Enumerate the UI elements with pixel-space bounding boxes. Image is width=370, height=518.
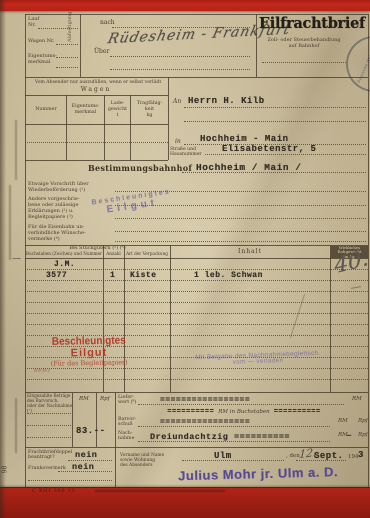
- goods-col-line: [330, 245, 331, 392]
- goods-mark-1: J.M.: [54, 260, 75, 269]
- write-line: [110, 56, 250, 57]
- wagen-nr-label: Wagen Nr.: [28, 39, 54, 45]
- wagon-col-lade-2: gewicht: [105, 107, 130, 113]
- goods-row-line: [25, 313, 368, 314]
- margin-dash: —: [12, 254, 21, 264]
- goods-header-line: [25, 258, 368, 259]
- money-row-line: [27, 425, 71, 426]
- dash-run-left: ==========: [167, 408, 214, 416]
- write-line: [184, 121, 366, 122]
- eilfrachtbrief-scan: 98 Lauf Nr. Wagen Nr. Eigentums- merkmal…: [0, 0, 370, 518]
- lauf-nr-label: Nr.: [28, 23, 36, 29]
- goods-col1-header: Buchstaben (Zeichen) und Nummer: [25, 252, 103, 257]
- year-printed: 194: [348, 454, 359, 460]
- clause1-line2: Wiederbeförderung (¹): [28, 188, 85, 194]
- goods-col2-header: Anzahl: [103, 252, 124, 257]
- wagon-caption: Wagen: [60, 87, 132, 94]
- goods-col-line: [170, 245, 171, 392]
- margin-number: 98: [2, 466, 9, 474]
- consignee-street: Elisabetenstr, 5: [222, 144, 316, 154]
- form-border-bottom: [0, 487, 370, 488]
- nachnahme-dash: —: [347, 432, 352, 440]
- goods-row-line: [25, 291, 368, 292]
- doppel-value: nein: [75, 450, 97, 460]
- customs-label-2: auf Bahnhof: [260, 44, 348, 50]
- year-value: 3: [358, 450, 364, 460]
- scan-edge: [0, 0, 6, 518]
- write-line: [58, 471, 112, 472]
- money-divider: [115, 393, 116, 487]
- goods-bottom: [25, 392, 368, 393]
- print-code: C XIII 300 33: [32, 489, 76, 494]
- consignee-name: Herrn H. Kilb: [188, 96, 265, 106]
- den-label: , den: [286, 453, 300, 459]
- railway-stamp: Deutsche Reichsbahn: [346, 36, 370, 92]
- write-line: [68, 460, 112, 461]
- goods-mark-2: 3577: [46, 271, 67, 280]
- ueber-label: Über: [94, 49, 109, 56]
- print-code-strip: [95, 490, 225, 492]
- write-line: [138, 404, 344, 405]
- railway-stamp-text: Deutsche Reichsbahn: [356, 37, 370, 83]
- dash-run-right: ==========: [274, 408, 321, 416]
- destination-label: Bestimmungsbahnhof: [88, 164, 192, 173]
- rm-in-buchstaben-label: RM in Buchstaben: [218, 409, 269, 415]
- barvorschuss-label-2: schuß: [118, 422, 133, 428]
- nachnahme-amount: 83.--: [76, 426, 106, 436]
- wagon-col-merkmal-2: merkmal: [67, 110, 104, 116]
- beschleunigtes-eilgut-stamp: Beschleunigtes Eilgut: [91, 189, 172, 218]
- wagon-col-lade-3: t: [105, 113, 130, 119]
- write-line: [205, 154, 366, 155]
- sender-label-3: des Absenders: [120, 463, 152, 468]
- in-label: in: [175, 139, 181, 146]
- write-line: [115, 218, 366, 219]
- goods-verpackung: Kiste: [130, 271, 157, 280]
- red-stamp-line1: Beschleunigtes: [34, 334, 144, 348]
- write-line: [182, 172, 366, 173]
- lieferwert-rm: RM: [352, 396, 362, 402]
- divider: [25, 77, 368, 78]
- wagon-row-line: [25, 142, 168, 143]
- rm-in-buchstaben-row: ========== RM in Buchstaben ==========: [128, 408, 360, 416]
- write-line: [28, 480, 112, 481]
- goods-anzahl: 1: [110, 271, 115, 280]
- write-line: [56, 44, 78, 45]
- goods-row-line: [25, 302, 368, 303]
- doppel-label-2: beantragt?: [28, 455, 55, 461]
- street-label-2: Hausnummer: [170, 152, 202, 157]
- wagon-col-merkmal-1: Eigentums-: [67, 104, 104, 110]
- money-row-line: [27, 413, 71, 414]
- red-eilgut-stamp: Beschleunigtes Eilgut (Für das Begleitpa…: [34, 335, 145, 373]
- goods-col3-header: Art der Verpackung: [124, 252, 170, 257]
- goods-inhalt: 1 leb. Schwan: [194, 271, 263, 280]
- money-row-line: [27, 437, 71, 438]
- write-line: [138, 426, 330, 427]
- nachnahme-rpf: Rpf: [358, 432, 368, 438]
- margin-text-strip: [9, 185, 11, 260]
- lieferwert-label-2: wert (⁸): [118, 400, 136, 406]
- consignee-city: Hochheim - Main: [200, 134, 289, 144]
- wagon-col-lade-1: Lade-: [105, 101, 130, 107]
- wagon-col-trag-2: keit: [131, 107, 168, 113]
- goods-row-line: [25, 280, 368, 281]
- write-line: [110, 69, 250, 70]
- write-line: [115, 241, 366, 242]
- write-line: [56, 67, 78, 68]
- write-line: [115, 231, 366, 232]
- wagon-col-trag-1: Tragfähig-: [131, 101, 168, 107]
- goods-row-line: [25, 379, 368, 380]
- rm-col-label: RM: [79, 396, 89, 402]
- rpf-col-label: Rpf: [100, 396, 110, 402]
- barvorschuss-rm: RM: [338, 418, 348, 424]
- wagon-col-line: [168, 77, 169, 160]
- page-title: Eilfrachtbrief: [259, 15, 367, 32]
- margin-text-strip: [15, 398, 17, 453]
- money-rpf-line: [96, 393, 97, 447]
- barvorschuss-rpf: Rpf: [358, 418, 368, 424]
- abfertigung-vertical-label: Abfertigung: [68, 12, 74, 42]
- write-line: [138, 441, 330, 442]
- write-line: [262, 62, 346, 63]
- clause3-line3: vermerke (⁴): [28, 237, 60, 243]
- nachnahme-label-2: nahme: [118, 436, 134, 442]
- write-line: [296, 460, 346, 461]
- goods-row-line: [25, 269, 368, 270]
- pencil-stroke: [290, 294, 305, 338]
- eigentum-label-2: merkmal: [28, 60, 50, 66]
- wagon-table-top: [25, 95, 168, 96]
- goods-row-line: [25, 324, 368, 325]
- wagon-header-line: [25, 124, 168, 125]
- nachnahme-stamp: Mit Beigabe des Nachnahmebegleitsch. vom…: [183, 349, 333, 367]
- nach-label: nach: [100, 20, 115, 27]
- write-line: [56, 57, 78, 58]
- sender-stamp: Julius Mohr jr. Ulm a. D.: [178, 464, 358, 484]
- top-red-band: [0, 0, 370, 11]
- wagon-col-nummer: Nummer: [26, 107, 66, 113]
- pencil-stroke: [351, 286, 361, 289]
- divider: [80, 14, 81, 77]
- margin-text-strip: [15, 120, 17, 180]
- write-line: [184, 107, 366, 108]
- wagon-table-bottom: [25, 160, 168, 161]
- wagon-col-trag-3: kg: [131, 113, 168, 119]
- goods-col4-header: Inhalt: [170, 249, 330, 256]
- an-label: An: [173, 99, 181, 106]
- write-line: [182, 460, 284, 461]
- clause2-line4: Begleitpapiere (³): [28, 215, 73, 221]
- wagon-note: Vom Absender nur auszufüllen, wenn er se…: [28, 80, 168, 85]
